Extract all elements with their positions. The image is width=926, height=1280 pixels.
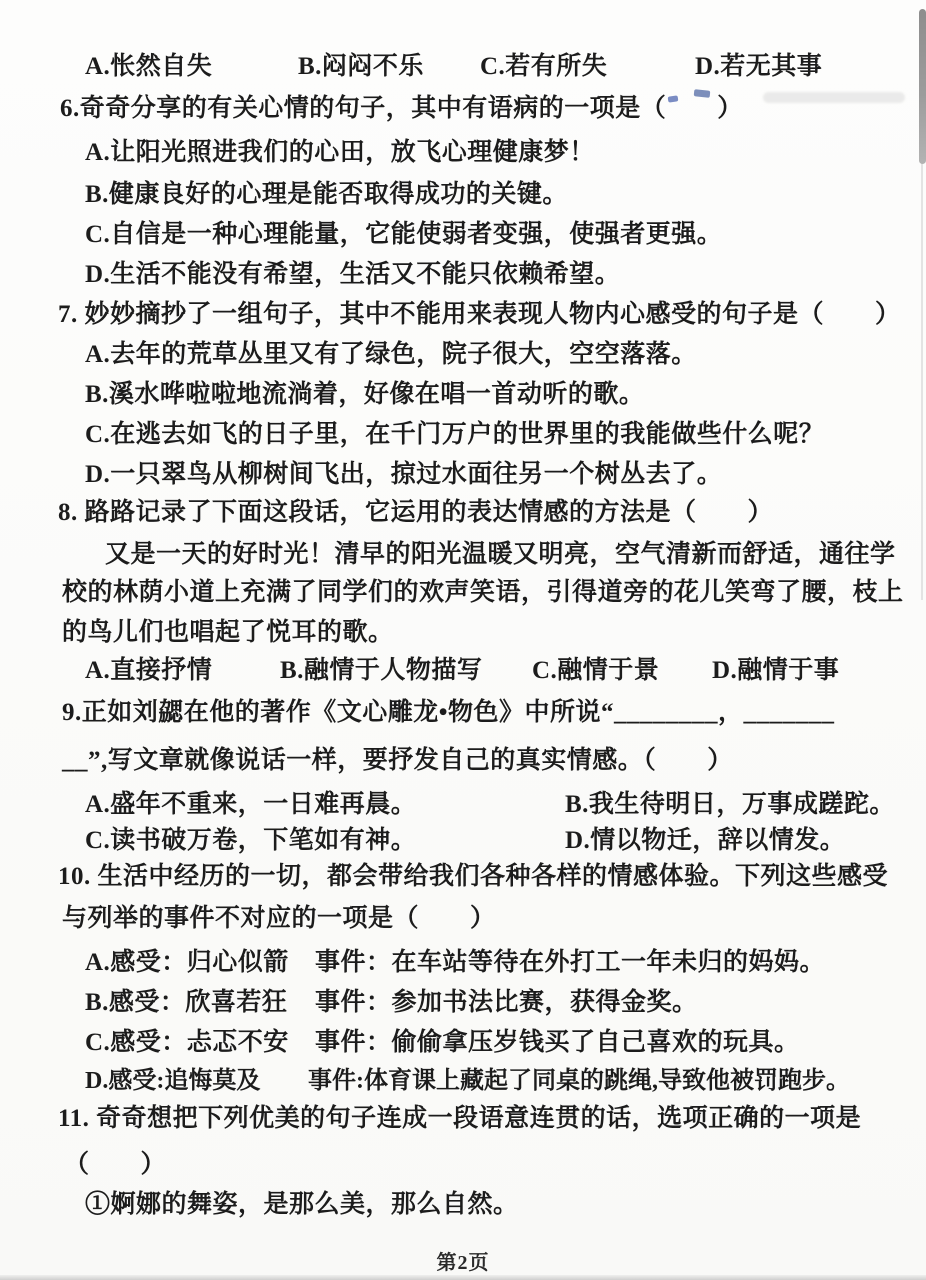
q6-option-c: C.自信是一种心理能量，它能使弱者变强，使强者更强。 [85,218,926,252]
q11-sentence-1: ①婀娜的舞姿，是那么美，那么自然。 [85,1188,926,1222]
scrollbar-thumb[interactable] [919,9,926,164]
scan-bottom-edge [0,1275,926,1280]
q8-passage-line1: 又是一天的好时光！清早的阳光温暖又明亮，空气清新而舒适，通往学 [105,538,926,572]
q6-option-a: A.让阳光照进我们的心田，放飞心理健康梦！ [85,136,926,170]
q7-option-a: A.去年的荒草丛里又有了绿色，院子很大，空空落落。 [85,338,926,372]
page-number-label: 第2页 [0,1246,926,1275]
q9-stem-line2: __”,写文章就像说话一样，要抒发自己的真实情感。（ ） [62,744,926,778]
q8-passage-line3: 的鸟儿们也唱起了悦耳的歌。 [62,616,926,650]
q8-passage-line2: 校的林荫小道上充满了同学们的欢声笑语，引得道旁的花儿笑弯了腰，枝上 [62,576,926,610]
q9-option-d: D.情以物迁，辞以情发。 [565,824,845,858]
q10-event-c: 事件：偷偷拿压岁钱买了自己喜欢的玩具。 [315,1026,800,1060]
q10-feeling-d: D.感受:追悔莫及 [85,1064,260,1098]
q8-option-d: D.融情于事 [712,654,839,688]
q8-option-b: B.融情于人物描写 [280,654,482,688]
q7-option-b: B.溪水哗啦啦地流淌着，好像在唱一首动听的歌。 [85,378,926,412]
q10-event-b: 事件：参加书法比赛，获得金奖。 [315,986,698,1020]
q9-option-a: A.盛年不重来，一日难再晨。 [85,788,416,822]
q8-option-a: A.直接抒情 [85,654,212,688]
exam-paper-page: A.怅然自失 B.闷闷不乐 C.若有所失 D.若无其事 6.奇奇分享的有关心情的… [0,0,926,1280]
q10-event-d: 事件:体育课上藏起了同桌的跳绳,导致他被罚跑步。 [308,1064,850,1098]
q8-option-c: C.融情于景 [532,654,659,688]
scan-smudge [763,92,905,103]
q5-option-a: A.怅然自失 [85,50,212,84]
q9-stem-line1: 9.正如刘勰在他的著作《文心雕龙•物色》中所说“________，_______ [62,696,926,730]
q5-option-c: C.若有所失 [480,50,607,84]
q10-stem-line2: 与列举的事件不对应的一项是（ ） [62,902,926,936]
q8-stem: 8. 路路记录了下面这段话，它运用的表达情感的方法是（ ） [58,496,926,530]
scrollbar-track[interactable] [921,160,923,600]
q9-option-b: B.我生待明日，万事成蹉跎。 [565,788,895,822]
q6-option-d: D.生活不能没有希望，生活又不能只依赖希望。 [85,258,926,292]
q6-option-b: B.健康良好的心理是能否取得成功的关键。 [85,178,926,212]
q10-feeling-c: C.感受：忐忑不安 [85,1026,289,1060]
q10-feeling-b: B.感受：欣喜若狂 [85,986,287,1020]
q7-stem: 7. 妙妙摘抄了一组句子，其中不能用来表现人物内心感受的句子是（ ） [58,298,926,332]
q11-stem-line2: （ ） [64,1148,926,1182]
q11-stem-line1: 11. 奇奇想把下列优美的句子连成一段语意连贯的话，选项正确的一项是 [58,1102,926,1136]
q7-option-c: C.在逃去如飞的日子里，在千门万户的世界里的我能做些什么呢？ [85,418,926,452]
q9-option-c: C.读书破万卷，下笔如有神。 [85,824,416,858]
q7-option-d: D.一只翠鸟从柳树间飞出，掠过水面往另一个树丛去了。 [85,458,926,492]
q5-option-b: B.闷闷不乐 [298,50,424,84]
q10-stem-line1: 10. 生活中经历的一切，都会带给我们各种各样的情感体验。下列这些感受 [58,860,926,894]
q10-feeling-a: A.感受：归心似箭 [85,946,289,980]
q10-event-a: 事件：在车站等待在外打工一年未归的妈妈。 [315,946,825,980]
q5-option-d: D.若无其事 [695,50,822,84]
